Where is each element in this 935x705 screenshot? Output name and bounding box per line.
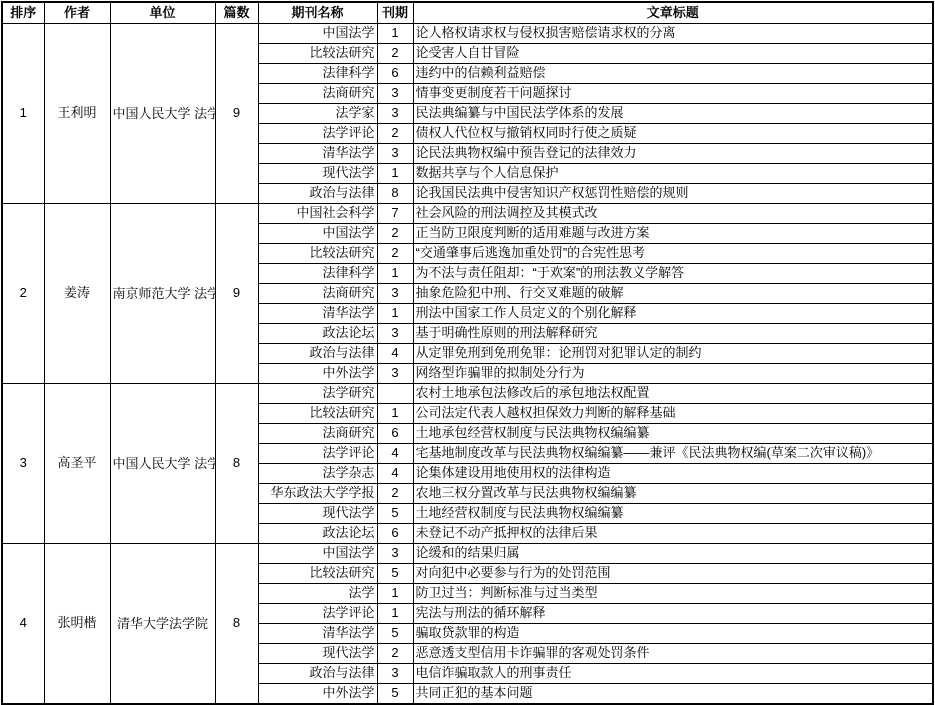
issue-cell: 7 <box>377 204 413 224</box>
issue-cell: 5 <box>377 564 413 584</box>
title-cell: 网络型诈骗罪的拟制处分行为 <box>413 364 933 384</box>
title-cell: 公司法定代表人越权担保效力判断的解释基础 <box>413 404 933 424</box>
title-cell: 宅基地制度改革与民法典物权编编纂——兼评《民法典物权编(草案二次审议稿)》 <box>413 444 933 464</box>
journal-cell: 政法论坛 <box>258 524 377 544</box>
journal-cell: 清华法学 <box>258 144 377 164</box>
journal-cell: 法学评论 <box>258 604 377 624</box>
issue-cell: 5 <box>377 504 413 524</box>
journal-cell: 清华法学 <box>258 304 377 324</box>
title-cell: 防卫过当：判断标准与过当类型 <box>413 584 933 604</box>
journal-cell: 中外法学 <box>258 684 377 705</box>
rank-cell: 2 <box>2 204 44 384</box>
title-cell: 论缓和的结果归属 <box>413 544 933 564</box>
title-cell: 共同正犯的基本问题 <box>413 684 933 705</box>
journal-cell: 政法论坛 <box>258 324 377 344</box>
title-cell: 恶意透支型信用卡诈骗罪的客观处罚条件 <box>413 644 933 664</box>
journal-cell: 现代法学 <box>258 164 377 184</box>
issue-cell: 4 <box>377 444 413 464</box>
journal-cell: 政治与法律 <box>258 344 377 364</box>
unit-cell: 清华大学法学院 <box>110 544 215 705</box>
page: 排序 作者 单位 篇数 期刊名称 刊期 文章标题 1王利明中国人民大学 法学院9… <box>0 0 935 676</box>
table-row: 1王利明中国人民大学 法学院9中国法学1论人格权请求权与侵权损害赔偿请求权的分离 <box>2 24 933 44</box>
issue-cell: 3 <box>377 324 413 344</box>
issue-cell: 1 <box>377 584 413 604</box>
rank-cell: 3 <box>2 384 44 544</box>
issue-cell: 2 <box>377 44 413 64</box>
unit-cell: 中国人民大学 法学院 <box>110 384 215 544</box>
issue-cell: 2 <box>377 484 413 504</box>
journal-cell: 比较法研究 <box>258 44 377 64</box>
issue-cell <box>377 384 413 404</box>
title-cell: 违约中的信赖利益赔偿 <box>413 64 933 84</box>
issue-cell: 3 <box>377 84 413 104</box>
journal-cell: 法律科学 <box>258 64 377 84</box>
issue-cell: 1 <box>377 24 413 44</box>
issue-cell: 5 <box>377 624 413 644</box>
issue-cell: 3 <box>377 144 413 164</box>
column-header-unit: 单位 <box>110 2 215 24</box>
title-cell: 论集体建设用地使用权的法律构造 <box>413 464 933 484</box>
issue-cell: 6 <box>377 64 413 84</box>
title-cell: 土地经营权制度与民法典物权编编纂 <box>413 504 933 524</box>
table-header-row: 排序 作者 单位 篇数 期刊名称 刊期 文章标题 <box>2 2 933 24</box>
title-cell: 骗取贷款罪的构造 <box>413 624 933 644</box>
title-cell: 土地承包经营权制度与民法典物权编编纂 <box>413 424 933 444</box>
issue-cell: 1 <box>377 264 413 284</box>
issue-cell: 3 <box>377 284 413 304</box>
title-cell: 论我国民法典中侵害知识产权惩罚性赔偿的规则 <box>413 184 933 204</box>
count-cell: 9 <box>215 24 258 204</box>
title-cell: 电信诈骗取款人的刑事责任 <box>413 664 933 684</box>
issue-cell: 4 <box>377 464 413 484</box>
column-header-author: 作者 <box>44 2 110 24</box>
author-cell: 张明楷 <box>44 544 110 705</box>
issue-cell: 2 <box>377 244 413 264</box>
issue-cell: 3 <box>377 104 413 124</box>
title-cell: 论受害人自甘冒险 <box>413 44 933 64</box>
journal-cell: 比较法研究 <box>258 404 377 424</box>
title-cell: 农村土地承包法修改后的承包地法权配置 <box>413 384 933 404</box>
issue-cell: 3 <box>377 664 413 684</box>
journal-cell: 法学评论 <box>258 124 377 144</box>
title-cell: 农地三权分置改革与民法典物权编编纂 <box>413 484 933 504</box>
issue-cell: 3 <box>377 544 413 564</box>
issue-cell: 2 <box>377 644 413 664</box>
table-row: 3高圣平中国人民大学 法学院8法学研究农村土地承包法修改后的承包地法权配置 <box>2 384 933 404</box>
count-cell: 8 <box>215 384 258 544</box>
journal-cell: 法商研究 <box>258 84 377 104</box>
rank-cell: 1 <box>2 24 44 204</box>
journal-cell: 中国法学 <box>258 544 377 564</box>
author-cell: 姜涛 <box>44 204 110 384</box>
count-cell: 8 <box>215 544 258 705</box>
column-header-title: 文章标题 <box>413 2 933 24</box>
journal-cell: 法学评论 <box>258 444 377 464</box>
journal-cell: 法学杂志 <box>258 464 377 484</box>
issue-cell: 6 <box>377 524 413 544</box>
issue-cell: 1 <box>377 164 413 184</box>
unit-cell: 中国人民大学 法学院 <box>110 24 215 204</box>
journal-cell: 政治与法律 <box>258 184 377 204</box>
issue-cell: 1 <box>377 404 413 424</box>
rank-cell: 4 <box>2 544 44 705</box>
title-cell: “交通肇事后逃逸加重处罚”的合宪性思考 <box>413 244 933 264</box>
journal-cell: 比较法研究 <box>258 244 377 264</box>
table-row: 2姜涛南京师范大学 法学院9中国社会科学7社会风险的刑法调控及其模式改 <box>2 204 933 224</box>
title-cell: 抽象危险犯中刑、行交叉难题的破解 <box>413 284 933 304</box>
title-cell: 宪法与刑法的循环解释 <box>413 604 933 624</box>
unit-cell: 南京师范大学 法学院 <box>110 204 215 384</box>
journal-cell: 法商研究 <box>258 424 377 444</box>
title-cell: 正当防卫限度判断的适用难题与改进方案 <box>413 224 933 244</box>
journal-cell: 中国法学 <box>258 24 377 44</box>
title-cell: 论民法典物权编中预告登记的法律效力 <box>413 144 933 164</box>
author-cell: 高圣平 <box>44 384 110 544</box>
table-row: 4张明楷清华大学法学院8中国法学3论缓和的结果归属 <box>2 544 933 564</box>
count-cell: 9 <box>215 204 258 384</box>
issue-cell: 2 <box>377 124 413 144</box>
title-cell: 为不法与责任阻却：“于欢案”的刑法教义学解答 <box>413 264 933 284</box>
journal-cell: 政治与法律 <box>258 664 377 684</box>
journal-cell: 中国法学 <box>258 224 377 244</box>
journal-cell: 法商研究 <box>258 284 377 304</box>
column-header-count: 篇数 <box>215 2 258 24</box>
issue-cell: 1 <box>377 304 413 324</box>
issue-cell: 8 <box>377 184 413 204</box>
journal-cell: 法律科学 <box>258 264 377 284</box>
column-header-rank: 排序 <box>2 2 44 24</box>
journal-cell: 比较法研究 <box>258 564 377 584</box>
column-header-issue: 刊期 <box>377 2 413 24</box>
journal-cell: 清华法学 <box>258 624 377 644</box>
title-cell: 债权人代位权与撤销权同时行使之质疑 <box>413 124 933 144</box>
title-cell: 对向犯中必要参与行为的处罚范围 <box>413 564 933 584</box>
journal-cell: 华东政法大学学报 <box>258 484 377 504</box>
issue-cell: 5 <box>377 684 413 705</box>
ranking-table: 排序 作者 单位 篇数 期刊名称 刊期 文章标题 1王利明中国人民大学 法学院9… <box>1 1 934 705</box>
journal-cell: 现代法学 <box>258 644 377 664</box>
title-cell: 民法典编纂与中国民法学体系的发展 <box>413 104 933 124</box>
issue-cell: 3 <box>377 364 413 384</box>
journal-cell: 法学家 <box>258 104 377 124</box>
journal-cell: 法学 <box>258 584 377 604</box>
title-cell: 未登记不动产抵押权的法律后果 <box>413 524 933 544</box>
issue-cell: 6 <box>377 424 413 444</box>
title-cell: 数据共享与个人信息保护 <box>413 164 933 184</box>
journal-cell: 现代法学 <box>258 504 377 524</box>
issue-cell: 1 <box>377 604 413 624</box>
journal-cell: 中外法学 <box>258 364 377 384</box>
title-cell: 从定罪免刑到免刑免罪：论刑罚对犯罪认定的制约 <box>413 344 933 364</box>
journal-cell: 中国社会科学 <box>258 204 377 224</box>
title-cell: 基于明确性原则的刑法解释研究 <box>413 324 933 344</box>
title-cell: 论人格权请求权与侵权损害赔偿请求权的分离 <box>413 24 933 44</box>
author-cell: 王利明 <box>44 24 110 204</box>
table-body: 1王利明中国人民大学 法学院9中国法学1论人格权请求权与侵权损害赔偿请求权的分离… <box>2 24 933 705</box>
journal-cell: 法学研究 <box>258 384 377 404</box>
issue-cell: 4 <box>377 344 413 364</box>
title-cell: 社会风险的刑法调控及其模式改 <box>413 204 933 224</box>
title-cell: 刑法中国家工作人员定义的个别化解释 <box>413 304 933 324</box>
column-header-journal: 期刊名称 <box>258 2 377 24</box>
issue-cell: 2 <box>377 224 413 244</box>
title-cell: 情事变更制度若干问题探讨 <box>413 84 933 104</box>
